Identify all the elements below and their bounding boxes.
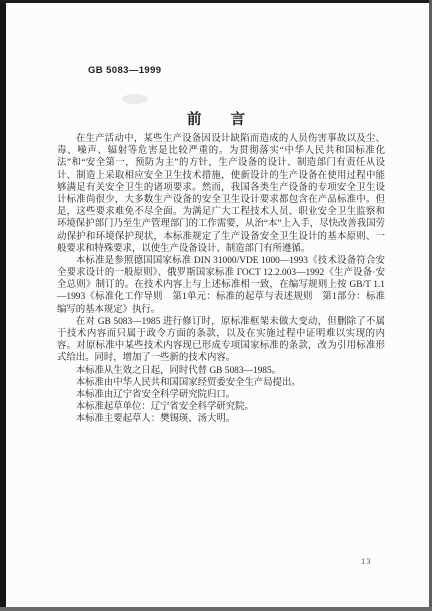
paragraph: 本标准起草单位：辽宁省安全科学研究院。 [57,401,385,413]
paragraph: 本标准主要起草人：樊锡瑛、汤大明。 [57,413,385,425]
paragraph: 本标准由中华人民共和国国家经贸委安全生产局提出。 [57,377,385,389]
paragraph: 在对 GB 5083—1985 进行修订时，原标准框架未做大变动，但删除了不属于… [57,316,385,365]
paragraph: 本标准从生效之日起，同时代替 GB 5083—1985。 [57,365,385,377]
page-title: 前 言 [0,108,432,129]
paragraph: 在生产活动中，某些生产设备因设计缺陷而造成的人员伤害事故以及尘、毒、噪声、辐射等… [57,133,385,255]
foreword-body: 在生产活动中，某些生产设备因设计缺陷而造成的人员伤害事故以及尘、毒、噪声、辐射等… [57,133,385,426]
standard-code: GB 5083—1999 [88,65,161,76]
paragraph: 本标准是参照德国国家标准 DIN 31000/VDE 1000—1993《技术设… [57,255,385,316]
scanned-document-page: GB 5083—1999 前 言 在生产活动中，某些生产设备因设计缺陷而造成的人… [0,0,432,611]
scan-edge-bottom [0,607,432,611]
scan-edge-top [0,0,432,3]
paragraph: 本标准由辽宁省安全科学研究院归口。 [57,389,385,401]
page-number: 13 [361,556,372,566]
scan-edge-left [0,0,6,611]
scan-smudge [122,94,148,104]
